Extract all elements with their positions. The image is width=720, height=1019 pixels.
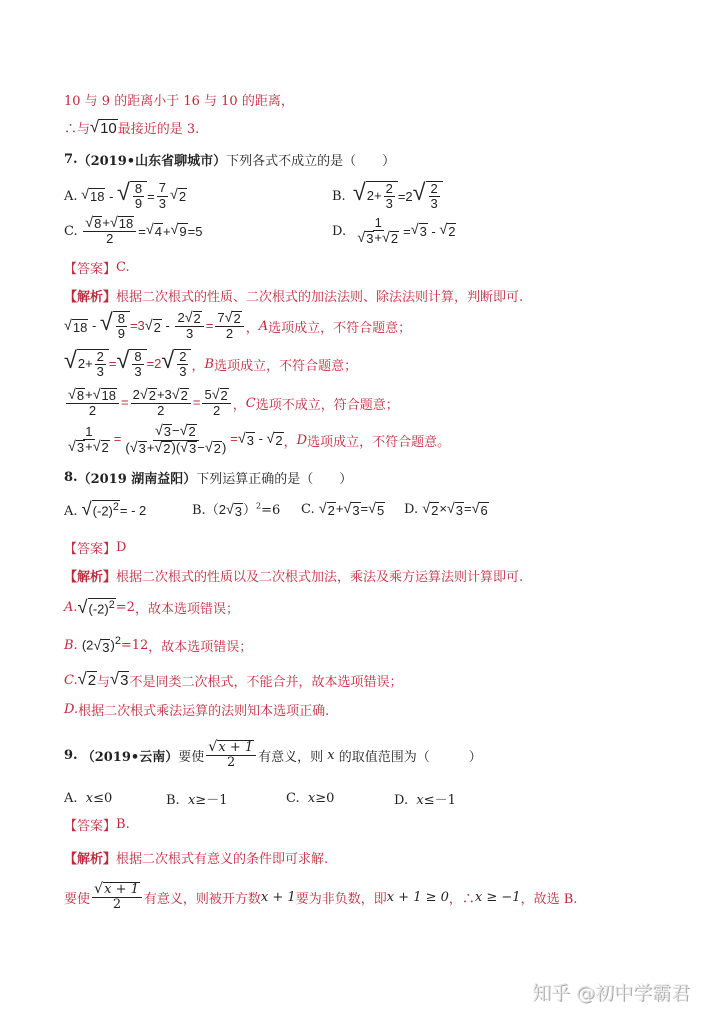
step-note: 选项成立，不符合题意； — [214, 355, 357, 374]
option-label: C. — [301, 502, 315, 517]
q7-option-a: A. √18 - √89=73√2 — [64, 177, 187, 215]
q8-option-d: D. √2×√3=√6 — [404, 501, 489, 518]
prev-line-2: ∴与 √10 最接近的是 3. — [64, 118, 199, 137]
step-note: ，故本选项错误； — [148, 636, 252, 655]
q9-source: （2019•云南） — [82, 746, 179, 765]
step-letter: D — [297, 433, 307, 448]
q7-analysis: 【解析】 根据二次根式的性质、二次根式的加法法则、除法法则计算，判断即可. — [64, 286, 523, 305]
q8-stem-text: 下列运算正确的是（ ） — [196, 468, 352, 487]
step-note: ，故本选项错误； — [135, 598, 239, 617]
solution-mid3: ，∴ — [449, 888, 475, 907]
option-rel: ≤－1 — [424, 793, 456, 808]
option-rel: ≥－1 — [195, 793, 227, 808]
q7-source: （2019•山东省聊城市） — [78, 150, 227, 169]
option-label: A. — [64, 189, 78, 204]
answer-tag: 【答案】 — [64, 538, 116, 557]
option-label: C. — [286, 791, 300, 806]
q9-analysis: 【解析】 根据二次根式有意义的条件即可求解. — [64, 848, 328, 867]
analysis-tag: 【解析】 — [64, 286, 116, 305]
step-note: 选项成立，不符合题意。 — [307, 431, 450, 450]
step-expr: √2+23=√83=2√23 — [64, 349, 191, 380]
frac-num: x + 1 — [217, 740, 254, 755]
q7-step-d: 1√3+√2=√3−√2(√3+√2)(√3−√2)=√3 - √2 ，D 选项… — [64, 420, 450, 460]
q9-option-b: B. x≥－1 — [166, 789, 227, 808]
q8-option-a: A. √(-2)2= - 2 — [64, 500, 146, 519]
q9-stem: 9. （2019•云南） 要使 √x + 12 有意义，则 x 的取值范围为（ … — [64, 733, 482, 777]
q7-option-b: B. √2+23=2√23 — [332, 177, 443, 215]
solution-end: ，故选 B. — [521, 888, 578, 907]
q7-number: 7. — [64, 152, 78, 167]
prev-line-1: 10 与 9 的距离小于 16 与 10 的距离， — [64, 90, 294, 109]
step-letter: C. — [64, 673, 78, 688]
option-rel: ≤0 — [93, 791, 112, 806]
q7-option-d: D. 1√3+√2=√3 - √2 — [332, 212, 456, 250]
q7-stem-text: 下列各式不成立的是（ ） — [226, 150, 395, 169]
q8-answer: 【答案】 D — [64, 538, 126, 557]
zhihu-watermark: 知乎 @初中学霸君 — [532, 978, 690, 1005]
analysis-text: 根据二次根式的性质、二次根式的加法法则、除法法则计算，判断即可. — [116, 286, 523, 305]
sqrt-10: √10 — [90, 119, 118, 137]
q8-step-b: B. (2√3)2=12，故本选项错误； — [64, 632, 252, 658]
option-label: B. — [166, 793, 180, 808]
step-letter: B — [205, 357, 215, 372]
q8-option-b: B.（2√3）2=6 — [192, 499, 280, 519]
step-note: 选项成立，不符合题意； — [268, 317, 411, 336]
solution-fraction: √x + 12 — [92, 882, 142, 913]
solution-expr2: x + 1 ≥ 0 — [387, 890, 449, 905]
option-var: x — [416, 793, 423, 808]
step-note: 选项不成立，符合题意； — [256, 394, 399, 413]
solution-mid1: 有意义，则被开方数 — [144, 888, 261, 907]
analysis-tag: 【解析】 — [64, 566, 116, 585]
solution-expr1: x + 1 — [261, 890, 296, 905]
q8-option-c: C. √2+√3=√5 — [301, 501, 385, 518]
q9-stem-end: 的取值范围为（ ） — [339, 746, 482, 765]
q9-number: 9. — [64, 748, 78, 763]
q7-stem: 7. （2019•山东省聊城市） 下列各式不成立的是（ ） — [64, 150, 395, 169]
answer-value: B. — [116, 817, 130, 832]
option-label: D. — [404, 502, 418, 517]
option-label: A. — [64, 504, 78, 519]
prev-therefore: ∴与 — [64, 118, 90, 137]
q9-solution: 要使 √x + 12 有意义，则被开方数 x + 1 要为非负数，即 x + 1… — [64, 875, 577, 919]
option-label: B. — [332, 189, 346, 204]
step-note: 不是同类二次根式，不能合并，故本选项错误； — [129, 671, 402, 690]
prev-text-1: 10 与 9 的距离小于 16 与 10 的距离， — [64, 90, 294, 109]
q9-option-c: C. x≥0 — [286, 791, 334, 806]
solution-pre: 要使 — [64, 888, 90, 907]
q7-step-c: √8+√182=2√2+3√22=5√22 ，C 选项不成立，符合题意； — [64, 384, 399, 422]
q9-option-a: A. x≤0 — [64, 791, 112, 806]
step-letter: A. — [64, 600, 78, 615]
solution-mid2: 要为非负数，即 — [296, 888, 387, 907]
q8-source: （2019 湖南益阳） — [78, 468, 197, 487]
q7-step-b: √2+23=√83=2√23 ，B 选项成立，不符合题意； — [64, 344, 357, 384]
q7-step-a: √18 - √89=3√2 - 2√23=7√22 ，A 选项成立，不符合题意； — [64, 306, 411, 346]
step-note: 根据二次根式乘法运算的法则知本选项正确. — [78, 700, 329, 719]
option-label: C. — [64, 224, 78, 239]
answer-value: D — [116, 540, 126, 555]
option-label: A. — [64, 791, 78, 806]
option-label: D. — [332, 224, 346, 239]
q7-answer: 【答案】 C. — [64, 258, 130, 277]
q7-option-c: C. √8+√182=√4+√9=5 — [64, 212, 202, 250]
q9-option-d: D. x≤－1 — [394, 789, 456, 808]
step-expr: 1√3+√2=√3−√2(√3+√2)(√3−√2)=√3 - √2 — [64, 424, 284, 456]
step-expr: √8+√182=2√2+3√22=5√22 — [64, 388, 233, 419]
step-letter: C — [246, 396, 256, 411]
q8-step-a: A. √(-2)2=2，故本选项错误； — [64, 594, 239, 620]
q9-fraction: √x + 12 — [206, 740, 256, 771]
step-letter: A — [259, 319, 268, 334]
analysis-text: 根据二次根式的性质以及二次根式加法，乘法及乘方运算法则计算即可. — [116, 566, 523, 585]
analysis-tag: 【解析】 — [64, 848, 116, 867]
option-label: B. — [192, 503, 206, 518]
option-rel: ≥0 — [315, 791, 334, 806]
frac-num: x + 1 — [103, 882, 140, 897]
q9-stem-pre: 要使 — [178, 746, 204, 765]
step-expr: √18 - √89=3√2 - 2√23=7√22 — [64, 311, 246, 342]
q8-stem: 8. （2019 湖南益阳） 下列运算正确的是（ ） — [64, 468, 352, 487]
answer-value: C. — [116, 260, 130, 275]
step-letter: B. — [64, 638, 78, 653]
analysis-text: 根据二次根式有意义的条件即可求解. — [116, 848, 328, 867]
q9-var: x — [327, 748, 334, 763]
frac-den: 2 — [225, 756, 237, 770]
sqrt-arg: 10 — [99, 119, 118, 137]
option-label: D. — [394, 793, 408, 808]
q9-answer: 【答案】 B. — [64, 815, 130, 834]
q8-step-c: C. √2与√3不是同类二次根式，不能合并，故本选项错误； — [64, 668, 402, 692]
q8-number: 8. — [64, 470, 78, 485]
q8-step-d: D. 根据二次根式乘法运算的法则知本选项正确. — [64, 700, 329, 719]
prev-conclusion: 最接近的是 3. — [118, 118, 200, 137]
solution-expr3: x ≥ −1 — [475, 890, 521, 905]
q8-analysis: 【解析】 根据二次根式的性质以及二次根式加法，乘法及乘方运算法则计算即可. — [64, 566, 523, 585]
answer-tag: 【答案】 — [64, 815, 116, 834]
step-letter: D. — [64, 702, 78, 717]
q9-stem-post: 有意义，则 — [258, 746, 323, 765]
answer-tag: 【答案】 — [64, 258, 116, 277]
frac-den: 2 — [111, 898, 123, 912]
